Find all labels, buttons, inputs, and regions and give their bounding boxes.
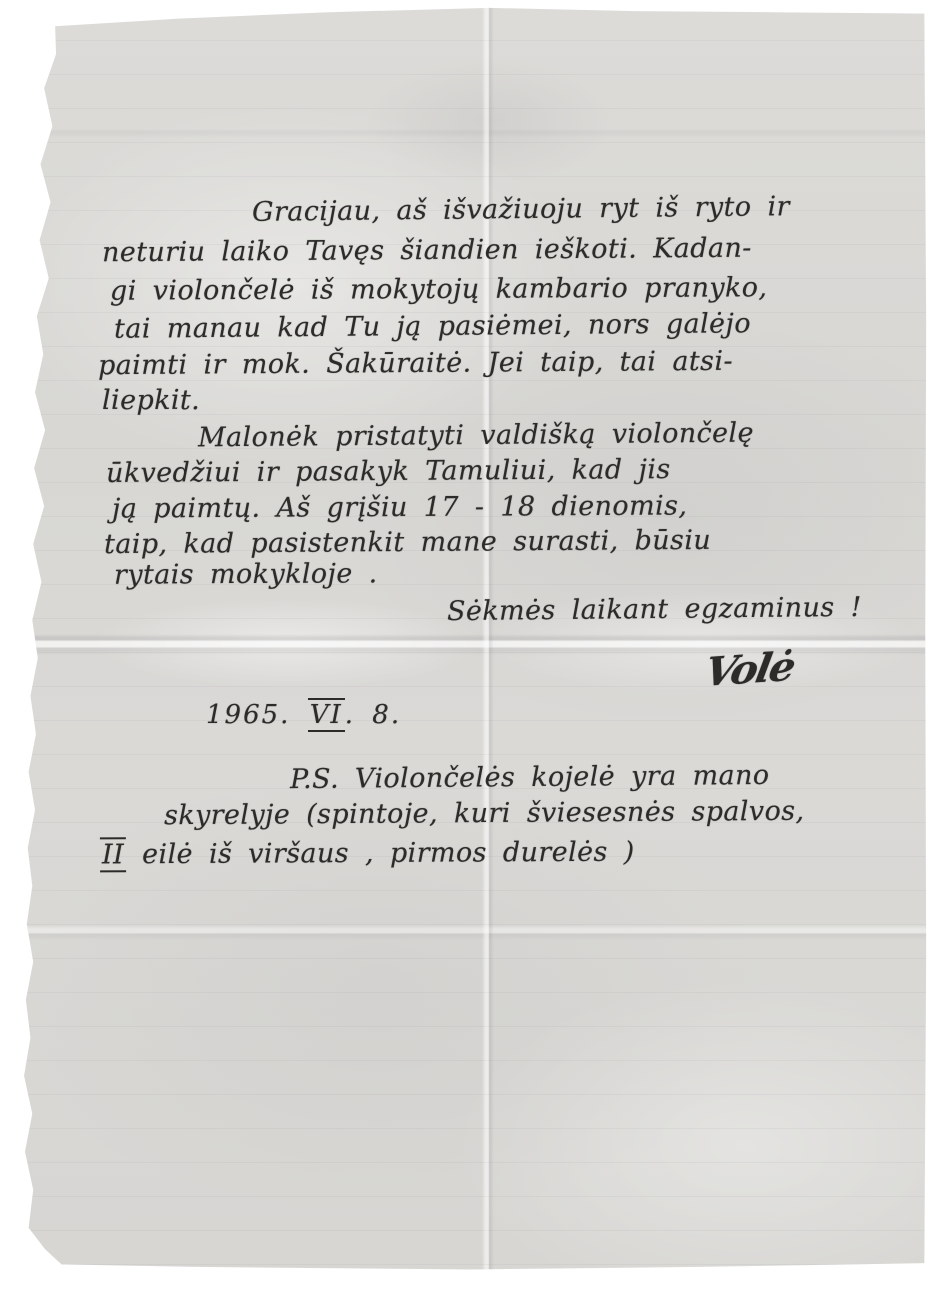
letter-line: Malonėk pristatyti valdišką violončelę	[198, 418, 754, 454]
letter-closing: Sėkmės laikant egzaminus !	[447, 592, 862, 627]
postscript-line: skyrelyje (spintoje, kuri šviesesnės spa…	[164, 796, 805, 831]
letter-line: ūkvedžiui ir pasakyk Tamuliui, kad jis	[106, 454, 671, 489]
signature: Volė	[701, 643, 797, 696]
letter-line: Gracijau, aš išvažiuoju ryt iš ryto ir	[252, 191, 790, 228]
letter-line: taip, kad pasistenkit mane surasti, būsi…	[104, 525, 711, 560]
letter-line: rytais mokykloje .	[114, 558, 378, 590]
date-month-roman: VI	[308, 698, 345, 732]
letter-line: paimti ir mok. Šakūraitė. Jei taip, tai …	[98, 346, 733, 381]
date-day: . 8.	[345, 700, 401, 730]
letter-line: gi violončelė iš mokytojų kambario prany…	[110, 272, 768, 306]
postscript-line: II eilė iš viršaus , pirmos durelės )	[100, 837, 635, 871]
letter-line: ją paimtų. Aš grįšiu 17 - 18 dienomis,	[112, 490, 687, 524]
letter-line: tai manau kad Tu ją pasiėmei, nors galėj…	[114, 308, 751, 345]
letter-line: liepkit.	[102, 385, 200, 416]
postscript-line-rest: eilė iš viršaus , pirmos durelės )	[126, 837, 635, 871]
letter-line: neturiu laiko Tavęs šiandien ieškoti. Ka…	[102, 233, 752, 269]
postscript-line: P.S. Violončelės kojelė yra mano	[290, 760, 770, 795]
date-line: 1965. VI. 8.	[206, 700, 401, 730]
date-year: 1965.	[206, 700, 290, 730]
postscript-row-numeral: II	[100, 837, 126, 872]
